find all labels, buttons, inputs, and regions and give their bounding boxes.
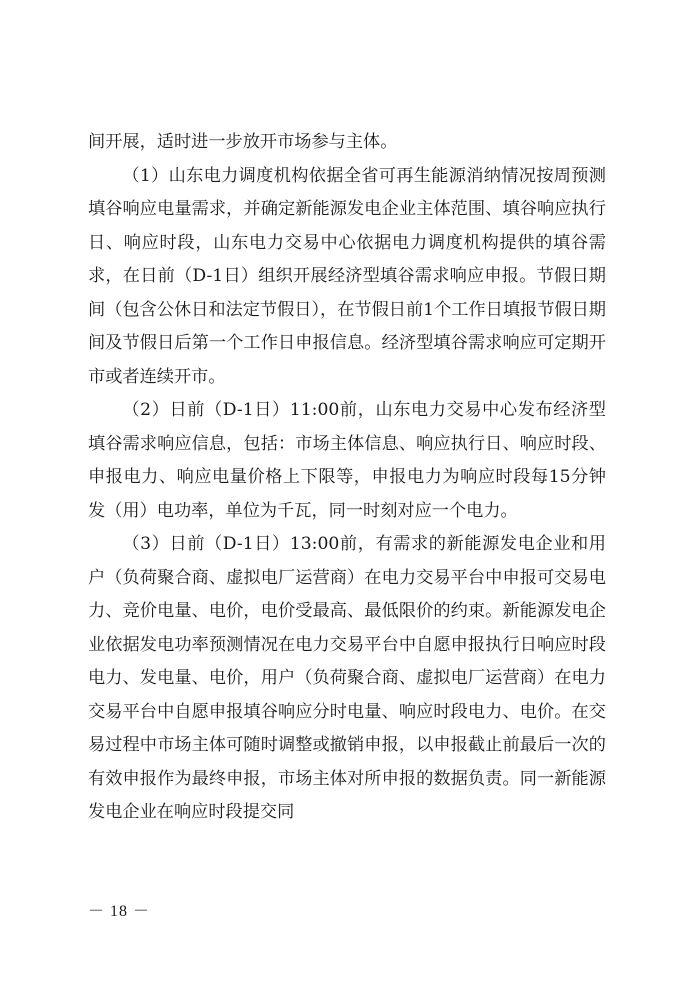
document-page: 间开展，适时进一步放开市场参与主体。 （1）山东电力调度机构依据全省可再生能源消… [0,0,700,990]
paragraph-item-3: （3）日前（D-1日）13:00前，有需求的新能源发电企业和用户（负荷聚合商、虚… [88,528,606,830]
paragraph-item-2: （2）日前（D-1日）11:00前，山东电力交易中心发布经济型填谷需求响应信息，… [88,394,606,528]
body-text: 间开展，适时进一步放开市场参与主体。 （1）山东电力调度机构依据全省可再生能源消… [88,126,606,830]
page-number: － 18 － [88,898,150,921]
paragraph-continuation: 间开展，适时进一步放开市场参与主体。 [88,126,606,160]
paragraph-item-1: （1）山东电力调度机构依据全省可再生能源消纳情况按周预测填谷响应电量需求，并确定… [88,160,606,395]
